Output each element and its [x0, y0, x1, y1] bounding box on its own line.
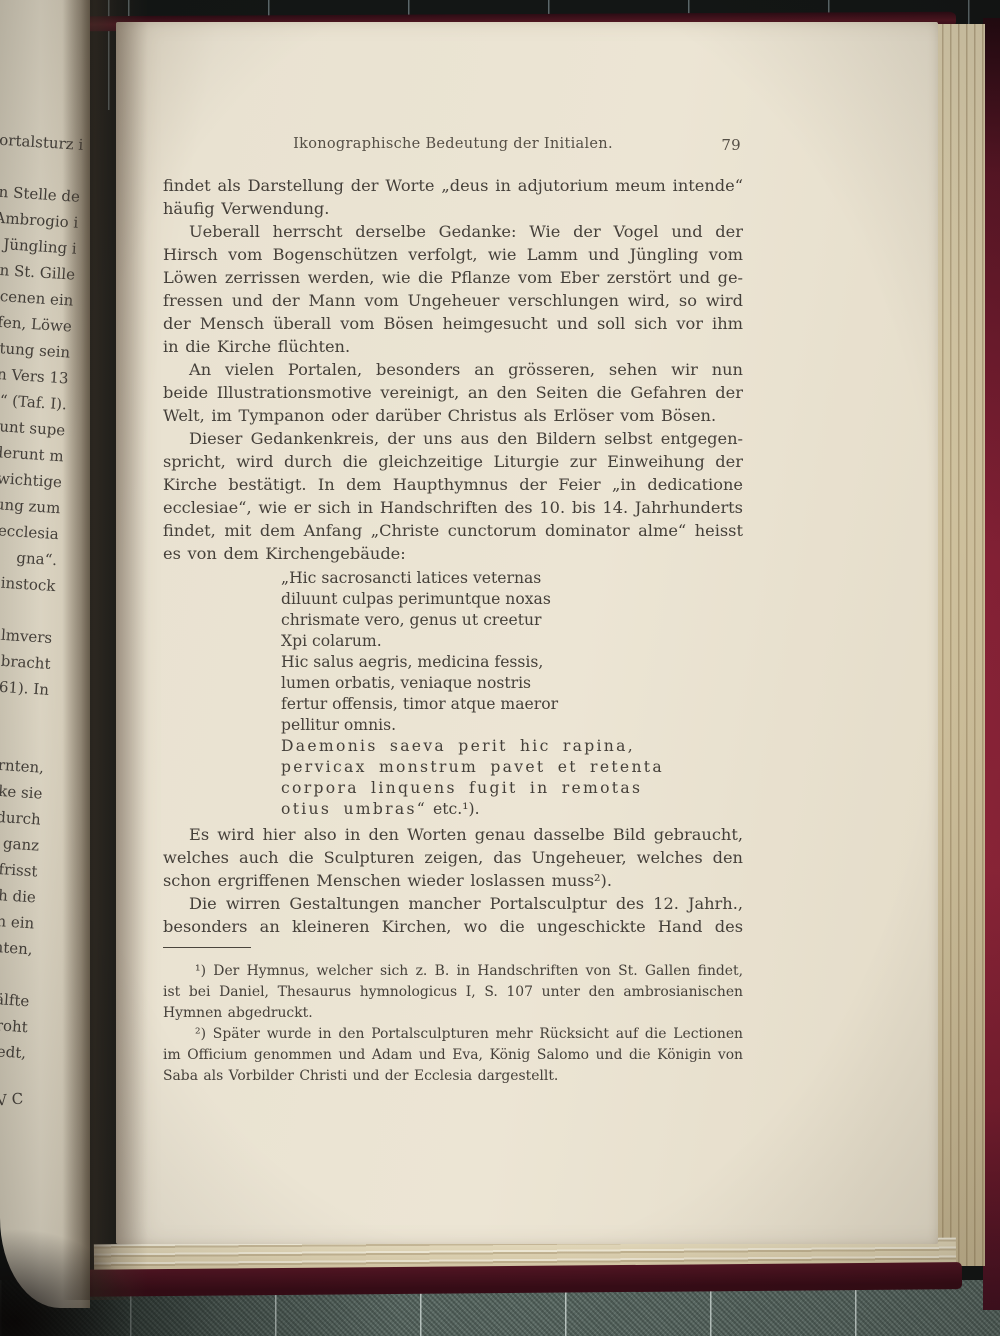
verse-line-tail: etc.¹).: [427, 800, 479, 818]
text-line: es von dem Kirchengebäude:: [163, 542, 743, 565]
verse-line: lumen orbatis, veniaque nostris: [281, 673, 743, 694]
verse-line-text: pervicax monstrum pavet et retenta: [281, 758, 664, 776]
body-paragraphs: findet als Darstellung der Worte „deus i…: [163, 174, 743, 565]
verse-line: pellitur omnis.: [281, 715, 743, 736]
footnote-line: ¹) Der Hymnus, welcher sich z. B. in Han…: [163, 961, 743, 982]
text-line: in die Kirche flüchten.: [163, 335, 743, 358]
verse-line: chrismate vero, genus ut creetur: [281, 610, 743, 631]
footnote-line: Saba als Vorbilder Christi und der Eccle…: [163, 1066, 743, 1087]
text-line: Welt, im Tympanon oder darüber Christus …: [163, 404, 743, 427]
verse-line: Daemonis saeva perit hic rapina,: [281, 736, 743, 757]
text-line: spricht, wird durch die gleichzeitige Li…: [163, 450, 743, 473]
verse-line-text: otius umbras“: [281, 800, 427, 818]
text-line: fressen und der Mann vom Ungeheuer versc…: [163, 289, 743, 312]
footnotes: ¹) Der Hymnus, welcher sich z. B. in Han…: [163, 961, 743, 1087]
verse-line: Xpi colarum.: [281, 631, 743, 652]
footnote-line: im Officium genommen und Adam und Eva, K…: [163, 1045, 743, 1066]
verse-line-text: lumen orbatis, veniaque nostris: [281, 674, 531, 692]
verse-line: corpora linquens fugit in remotas: [281, 778, 743, 799]
running-head-title: Ikonographische Bedeutung der Initialen.: [163, 136, 743, 152]
verse-line-text: Xpi colarum.: [281, 632, 382, 650]
photo-of-open-book: Portalsturz i n Stelle deAmbrogio iJüngl…: [0, 0, 1000, 1336]
text-line: Kirche bestätigt. In dem Haupthymnus der…: [163, 473, 743, 496]
text-line: Es wird hier also in den Worten genau da…: [163, 823, 743, 846]
left-fragment-text: s II Taf. IV C: [0, 1086, 24, 1119]
verse-line: „Hic sacrosancti latices veternas: [281, 568, 743, 589]
verse-line: otius umbras“ etc.¹).: [281, 799, 743, 820]
left-page-curled: Portalsturz i n Stelle deAmbrogio iJüngl…: [0, 0, 90, 1308]
verse-line-text: corpora linquens fugit in remotas: [281, 779, 642, 797]
text-line: häufig Verwendung.: [163, 197, 743, 220]
text-line: besonders an kleineren Kirchen, wo die u…: [163, 915, 743, 938]
verse-line: pervicax monstrum pavet et retenta: [281, 757, 743, 778]
page-number: 79: [721, 136, 741, 154]
text-line: Ueberall herrscht derselbe Gedanke: Wie …: [163, 220, 743, 243]
text-line: findet als Darstellung der Worte „deus i…: [163, 174, 743, 197]
verse-line: diluunt culpas perimuntque noxas: [281, 589, 743, 610]
verse-line-text: diluunt culpas perimuntque noxas: [281, 590, 551, 608]
verse-line-text: pellitur omnis.: [281, 716, 396, 734]
body-paragraphs-after: Es wird hier also in den Worten genau da…: [163, 823, 743, 938]
book-page: Ikonographische Bedeutung der Initialen.…: [116, 22, 938, 1244]
page-stack-right-edge: [934, 24, 985, 1266]
left-page-text-fragments: Portalsturz i n Stelle deAmbrogio iJüngl…: [0, 119, 84, 1118]
text-line: Die wirren Gestaltungen mancher Portalsc…: [163, 892, 743, 915]
verse-line-text: Hic salus aegris, medicina fessis,: [281, 653, 543, 671]
text-line: welches auch die Sculpturen zeigen, das …: [163, 846, 743, 869]
latin-verse-block: „Hic sacrosancti latices veternasdiluunt…: [281, 568, 743, 820]
verse-line-text: „Hic sacrosancti latices veternas: [281, 569, 541, 587]
text-line: An vielen Portalen, besonders an grösser…: [163, 358, 743, 381]
text-line: Löwen zerrissen werden, wie die Pflanze …: [163, 266, 743, 289]
text-line: der Mensch überall vom Bösen heimgesucht…: [163, 312, 743, 335]
text-line: Dieser Gedankenkreis, der uns aus den Bi…: [163, 427, 743, 450]
footnote-line: ²) Später wurde in den Portalsculpturen …: [163, 1024, 743, 1045]
text-line: beide Illustrationsmotive vereinigt, an …: [163, 381, 743, 404]
running-head: Ikonographische Bedeutung der Initialen.…: [163, 136, 743, 158]
book-cover-right-edge: [983, 18, 1000, 1310]
footnote-line: Hymnen abgedruckt.: [163, 1003, 743, 1024]
text-line: Hirsch vom Bogenschützen verfolgt, wie L…: [163, 243, 743, 266]
verse-line-text: Daemonis saeva perit hic rapina,: [281, 737, 635, 755]
footnote-divider: [163, 947, 251, 948]
footnote-line: ist bei Daniel, Thesaurus hymnologicus I…: [163, 982, 743, 1003]
left-fragment-line: Portalsturz i: [0, 119, 84, 158]
verse-line: Hic salus aegris, medicina fessis,: [281, 652, 743, 673]
text-line: ecclesiae“, wie er sich in Handschriften…: [163, 496, 743, 519]
text-line: findet, mit dem Anfang „Christe cunctoru…: [163, 519, 743, 542]
verse-line-text: chrismate vero, genus ut creetur: [281, 611, 541, 629]
text-line: schon ergriffenen Menschen wieder loslas…: [163, 869, 743, 892]
verse-line: fertur offensis, timor atque maeror: [281, 694, 743, 715]
page-text-column: findet als Darstellung der Worte „deus i…: [163, 174, 743, 1087]
verse-line-text: fertur offensis, timor atque maeror: [281, 695, 558, 713]
